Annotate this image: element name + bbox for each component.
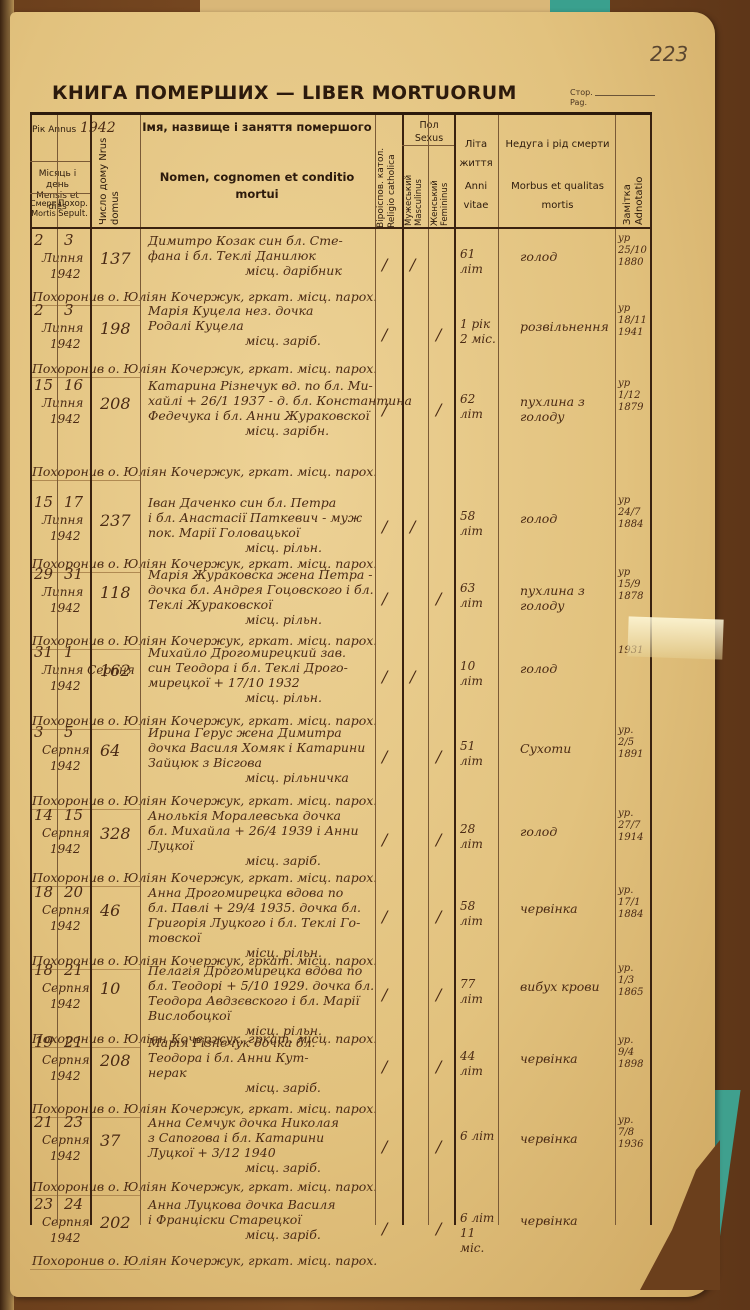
name-label-la: Nomen, cognomen et conditio mortui	[142, 169, 372, 203]
deceased-name-line: фана і бл. Теклі Данилюк	[148, 248, 316, 263]
cause-of-death: вибух крови	[520, 979, 610, 994]
deceased-name-line: Федечука і бл. Анни Жураковскої	[148, 408, 369, 423]
burial-day: 15	[64, 808, 83, 823]
deceased-name-line: дочка Василя Хомяк і Катарини	[148, 740, 365, 755]
year: 1942	[50, 412, 81, 427]
deceased-name-line: з Сапогова і бл. Катарини	[148, 1130, 324, 1145]
birth-note: ур. 17/1 1884	[618, 885, 650, 921]
male-mark: /	[410, 517, 415, 536]
deceased-name-line: і Франціски Старецкої	[148, 1212, 301, 1227]
burial-day: 16	[64, 378, 83, 393]
female-mark: /	[436, 747, 441, 766]
header-rule	[30, 193, 90, 194]
age: 58 літ	[460, 509, 496, 539]
death-day: 18	[34, 963, 53, 978]
death-day: 2	[34, 233, 44, 248]
birth-note: ур 1/12 1879	[618, 378, 650, 414]
deceased-name-line: Марія Різнечук дочка бл.	[148, 1035, 316, 1050]
deceased-name-line: мирецкої + 17/10 1932	[148, 675, 300, 690]
row-separator	[30, 1269, 140, 1270]
death-day: 29	[34, 567, 53, 582]
death-day: 18	[34, 885, 53, 900]
age: 51 літ	[460, 739, 496, 769]
deceased-name-line: місц. заріб.	[245, 1160, 321, 1175]
death-day: 19	[34, 1035, 53, 1050]
religion-label: Віроіспов. катол. Religio catholica	[376, 123, 400, 228]
month: Серпня	[42, 826, 90, 841]
year: 1942	[50, 842, 81, 857]
religion-mark: /	[382, 907, 387, 926]
deceased-name-line: місц. заріб.	[245, 1227, 321, 1242]
month: Серпня	[42, 1133, 90, 1148]
burial-officiant: Похоронив о. Юліян Кочержук, гркат. місц…	[32, 464, 377, 479]
cause-of-death: червінка	[520, 1131, 610, 1146]
religion-mark: /	[382, 1137, 387, 1156]
header-rule	[30, 161, 90, 162]
deceased-name-line: місц. заріб.	[245, 853, 321, 868]
burial-officiant: Похоронив о. Юліян Кочержук, гркат. місц…	[32, 793, 377, 808]
row-separator	[30, 729, 140, 730]
year: 1942	[50, 679, 81, 694]
cause-of-death: голод	[520, 824, 610, 839]
cause-of-death: червінка	[520, 1213, 610, 1228]
death-label: Смерти Mortis	[30, 199, 57, 219]
burial-day: 1	[64, 645, 74, 660]
year: 1942	[50, 267, 81, 282]
cause-label-la: Morbus et qualitas mortis	[500, 177, 615, 215]
deceased-name-line: Ирина Герус жена Димитра	[148, 725, 342, 740]
birth-note: ур 18/11 1941	[618, 303, 650, 339]
year-label-text: Рік Annus	[32, 125, 76, 135]
deceased-name-line: Анна Семчук дочка Николая	[148, 1115, 339, 1130]
month: Серпня	[42, 981, 90, 996]
female-mark: /	[436, 907, 441, 926]
burial-officiant: Похоронив о. Юліян Кочержук, гркат. місц…	[32, 361, 377, 376]
age: 62 літ	[460, 392, 496, 422]
column-rule	[428, 115, 429, 1225]
female-mark: /	[436, 589, 441, 608]
age: 1 рік 2 міс.	[460, 317, 496, 347]
birth-note: ур 25/10 1880	[618, 233, 650, 269]
column-rule	[30, 115, 32, 1225]
burial-day: 21	[64, 1035, 83, 1050]
deceased-name-line: Михайло Дрогомирецкий зав.	[148, 645, 346, 660]
male-label: Мужеський Masculinus	[404, 151, 428, 226]
column-rule	[498, 115, 499, 1225]
year: 1942	[50, 919, 81, 934]
deceased-name-line: місц. заріб.	[245, 333, 321, 348]
cause-of-death: голод	[520, 511, 610, 526]
death-day: 31	[34, 645, 53, 660]
female-mark: /	[436, 1057, 441, 1076]
deceased-name-line: Вислобоцкої	[148, 1008, 231, 1023]
deceased-name-line: Іван Даченко син бл. Петра	[148, 495, 336, 510]
cause-label-uk: Недуга і рід смерти	[500, 135, 615, 154]
deceased-name-line: пок. Марії Головацької	[148, 525, 300, 540]
house-number: 64	[100, 743, 120, 758]
row-separator	[30, 480, 140, 481]
birth-note: ур. 1/3 1865	[618, 963, 650, 999]
female-mark: /	[436, 985, 441, 1004]
death-day: 3	[34, 725, 44, 740]
house-number: 202	[100, 1215, 131, 1230]
deceased-name-line: Григорія Луцкого і бл. Теклі Го-	[148, 915, 360, 930]
deceased-name-line: Пелагія Дрогомирецка вдова по	[148, 963, 362, 978]
death-day: 15	[34, 495, 53, 510]
year: 1942	[50, 1231, 81, 1246]
religion-mark: /	[382, 1057, 387, 1076]
deceased-name-line: бл. Михайла + 26/4 1939 і Анни	[148, 823, 359, 838]
cause-of-death: червінка	[520, 1051, 610, 1066]
page-label-line	[595, 95, 655, 96]
deceased-name-line: бл. Павлі + 29/4 1935. дочка бл.	[148, 900, 361, 915]
deceased-name-line: Теклі Жураковскої	[148, 597, 272, 612]
column-rule	[402, 115, 404, 1225]
religion-mark: /	[382, 667, 387, 686]
year: 1942	[50, 601, 81, 616]
page-number: 223	[650, 42, 688, 66]
burial-day: 20	[64, 885, 83, 900]
age: 6 літ 11 міс.	[460, 1211, 496, 1256]
month: Серпня	[42, 1053, 90, 1068]
cause-of-death: голод	[520, 249, 610, 264]
female-mark: /	[436, 1137, 441, 1156]
religion-mark: /	[382, 589, 387, 608]
religion-mark: /	[382, 325, 387, 344]
page-label: Стор. Pag.	[570, 88, 593, 108]
month: Липня	[42, 513, 83, 528]
female-mark: /	[436, 830, 441, 849]
age: 10 літ	[460, 659, 496, 689]
header-rule	[402, 145, 454, 146]
house-number: 208	[100, 1053, 131, 1068]
year: 1942	[50, 1149, 81, 1164]
month: Серпня	[42, 743, 90, 758]
column-rule	[90, 115, 92, 1225]
burial-day: 23	[64, 1115, 83, 1130]
burial-day: 5	[64, 725, 74, 740]
burial-day: 3	[64, 233, 74, 248]
age-label-uk: Літа життя	[455, 135, 497, 173]
cause-of-death: пухлина з голоду	[520, 394, 610, 424]
month: Липня	[42, 251, 83, 266]
year: 1942	[50, 997, 81, 1012]
burial-day: 31	[64, 567, 83, 582]
month: Серпня	[42, 1215, 90, 1230]
female-mark: /	[436, 325, 441, 344]
burial-label: Похор. Sepult.	[57, 199, 89, 219]
deceased-name-line: місц. рільничка	[245, 770, 349, 785]
male-mark: /	[410, 667, 415, 686]
house-number: 237	[100, 513, 131, 528]
deceased-name-line: Марія Жураковска жена Петра -	[148, 567, 372, 582]
birth-note: ур. 2/5 1891	[618, 725, 650, 761]
adhesive-tape	[627, 616, 723, 659]
column-rule	[454, 115, 456, 1225]
deceased-name-line: місц. дарібник	[245, 263, 342, 278]
month: Липня	[42, 321, 83, 336]
burial-day: 24	[64, 1197, 83, 1212]
death-day: 2	[34, 303, 44, 318]
deceased-name-line: Родалі Куцела	[148, 318, 244, 333]
house-number: 198	[100, 321, 131, 336]
religion-mark: /	[382, 400, 387, 419]
burial-day: 17	[64, 495, 83, 510]
year: 1942	[50, 759, 81, 774]
deceased-name-line: дочка бл. Андрея Гоцовского і бл.	[148, 582, 374, 597]
deceased-name-line: Луцкої + 3/12 1940	[148, 1145, 276, 1160]
religion-mark: /	[382, 830, 387, 849]
religion-mark: /	[382, 747, 387, 766]
year-value: 1942	[80, 121, 116, 136]
deceased-name-line: Анолькія Моралевська дочка	[148, 808, 341, 823]
row-separator	[30, 305, 140, 306]
burial-day: 21	[64, 963, 83, 978]
age-label-la: Anni vitae	[455, 177, 497, 215]
house-number: 10	[100, 981, 120, 996]
burial-officiant: Похоронив о. Юліян Кочержук, гркат. місц…	[32, 1253, 377, 1268]
deceased-name-line: Анна Дрогомирецка вдова по	[148, 885, 343, 900]
cause-of-death: пухлина з голоду	[520, 583, 610, 613]
deceased-name-line: місц. рільн.	[245, 540, 322, 555]
column-rule	[375, 115, 376, 1225]
house-number: 37	[100, 1133, 120, 1148]
religion-mark: /	[382, 517, 387, 536]
year: 1942	[50, 1069, 81, 1084]
deceased-name-line: хайлі + 26/1 1937 - д. бл. Константина	[148, 393, 412, 408]
deceased-name-line: бл. Теодорі + 5/10 1929. дочка бл.	[148, 978, 374, 993]
cause-of-death: червінка	[520, 901, 610, 916]
religion-mark: /	[382, 985, 387, 1004]
house-number: 118	[100, 585, 131, 600]
burial-officiant: Похоронив о. Юліян Кочержук, гркат. місц…	[32, 870, 377, 885]
deceased-name-line: Димитро Козак син бл. Сте-	[148, 233, 343, 248]
deceased-name-line: Катарина Різнечук вд. по бл. Ми-	[148, 378, 373, 393]
female-mark: /	[436, 1219, 441, 1238]
death-day: 14	[34, 808, 53, 823]
death-day: 21	[34, 1115, 53, 1130]
deceased-name-line: товскої	[148, 930, 201, 945]
birth-note: ур. 27/7 1914	[618, 808, 650, 844]
birth-note: ур 24/7 1884	[618, 495, 650, 531]
age: 6 літ	[460, 1129, 496, 1144]
column-rule	[57, 115, 58, 1225]
year: 1942	[50, 529, 81, 544]
house-number: 208	[100, 396, 131, 411]
deceased-name-line: Луцкої	[148, 838, 193, 853]
house-label: Число дому Nrus domus	[98, 135, 128, 225]
age: 63 літ	[460, 581, 496, 611]
deceased-name-line: місц. заріб.	[245, 1080, 321, 1095]
death-day: 23	[34, 1197, 53, 1212]
religion-mark: /	[382, 1219, 387, 1238]
page-title: КНИГА ПОМЕРШИХ — LIBER MORTUORUM	[52, 82, 517, 104]
house-number: 328	[100, 826, 131, 841]
note-label: Замітка Adnotatio	[622, 145, 646, 225]
age: 28 літ	[460, 822, 496, 852]
deceased-name-line: Марія Куцела нез. дочка	[148, 303, 313, 318]
female-mark: /	[436, 400, 441, 419]
month: Липня	[42, 396, 83, 411]
deceased-name-line: нерак	[148, 1065, 187, 1080]
birth-note: ур. 7/8 1936	[618, 1115, 650, 1151]
house-number: 162	[100, 663, 131, 678]
month: Серпня	[42, 903, 90, 918]
column-rule	[140, 115, 141, 1225]
column-rule	[615, 115, 616, 1225]
age: 61 літ	[460, 247, 496, 277]
deceased-name-line: і бл. Анастасії Паткевич - муж	[148, 510, 362, 525]
month: Липня	[42, 585, 83, 600]
burial-officiant: Похоронив о. Юліян Кочержук, гркат. місц…	[32, 1179, 377, 1194]
sex-label: Пол Sexus	[404, 119, 454, 145]
deceased-name-line: Зайцюк з Вісгова	[148, 755, 262, 770]
birth-note: ур 15/9 1878	[618, 567, 650, 603]
burial-officiant: Похоронив о. Юліян Кочержук, гркат. місц…	[32, 289, 377, 304]
deceased-name-line: Теодора і бл. Анни Кут-	[148, 1050, 309, 1065]
house-number: 137	[100, 251, 131, 266]
age: 58 літ	[460, 899, 496, 929]
deceased-name-line: місц. зарібн.	[245, 423, 329, 438]
age: 44 літ	[460, 1049, 496, 1079]
column-rule	[650, 115, 652, 1225]
name-label-uk: Імя, назвище і заняття помершого	[142, 119, 372, 136]
house-number: 46	[100, 903, 120, 918]
birth-note: ур. 9/4 1898	[618, 1035, 650, 1071]
death-day: 15	[34, 378, 53, 393]
deceased-name-line: місц. рільн.	[245, 690, 322, 705]
religion-mark: /	[382, 255, 387, 274]
burial-day: 3	[64, 303, 74, 318]
year: 1942	[50, 337, 81, 352]
male-mark: /	[410, 255, 415, 274]
deceased-name-line: син Теодора і бл. Теклі Дрого-	[148, 660, 348, 675]
female-label: Женський Femininus	[430, 151, 454, 226]
age: 77 літ	[460, 977, 496, 1007]
register-table: Рік Annus 1942 Місяць і день Mensis et d…	[30, 112, 652, 1235]
deceased-name-line: Теодора Авдзєвского і бл. Марії	[148, 993, 359, 1008]
cause-of-death: розвільнення	[520, 319, 610, 334]
header-bottom-rule	[30, 227, 650, 229]
cause-of-death: голод	[520, 661, 610, 676]
burial-officiant: Похоронив о. Юліян Кочержук, гркат. місц…	[32, 1101, 377, 1116]
deceased-name-line: місц. рільн.	[245, 612, 322, 627]
deceased-name-line: Анна Луцкова дочка Василя	[148, 1197, 336, 1212]
cause-of-death: Сухоти	[520, 741, 610, 756]
